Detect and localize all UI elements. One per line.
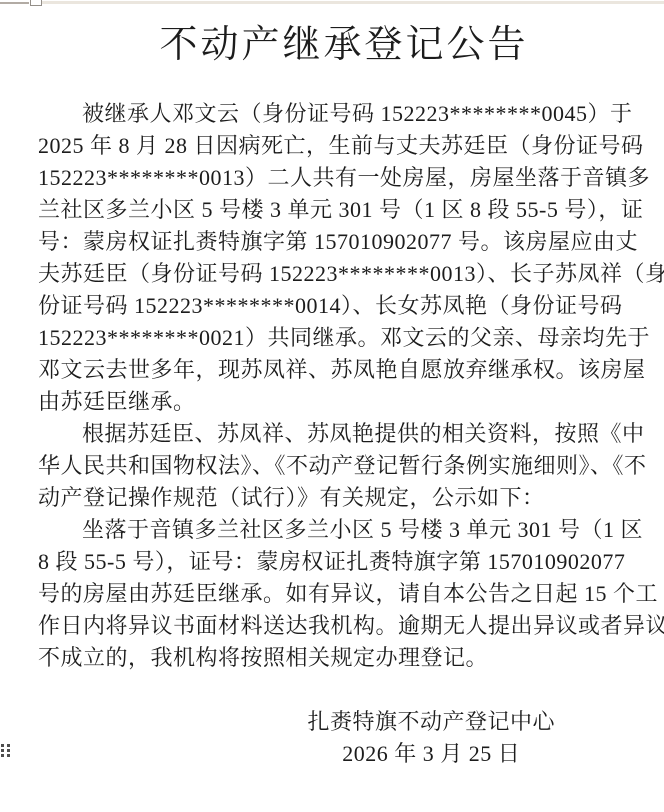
window-edge-line-right [42,1,664,4]
document-page: 不动产继承登记公告 被继承人邓文云（身份证号码 152223********00… [0,0,664,812]
document-line: 被继承人邓文云（身份证号码 152223********0045）于 [38,98,650,130]
resize-handle-icon[interactable] [30,0,42,6]
document-line: 华人民共和国物权法》、《不动产登记暂行条例实施细则》、《不 [38,450,650,482]
document-line: 152223********0021）共同继承。邓文云的父亲、母亲均先于 [38,322,650,354]
document-line: 份证号码 152223********0014）、长女苏凤艳（身份证号码 [38,290,650,322]
document-content: 不动产继承登记公告 被继承人邓文云（身份证号码 152223********00… [38,24,650,770]
drag-handle-icon[interactable] [1,744,4,747]
document-line: 坐落于音镇多兰社区多兰小区 5 号楼 3 单元 301 号（1 区 [38,514,650,546]
document-line: 号的房屋由苏廷臣继承。如有异议，请自本公告之日起 15 个工 [38,578,650,610]
signature-date: 2026 年 3 月 25 日 [307,738,555,770]
document-line: 作日内将异议书面材料送达我机构。逾期无人提出异议或者异议 [38,610,650,642]
document-line: 兰社区多兰小区 5 号楼 3 单元 301 号（1 区 8 段 55-5 号），… [38,194,650,226]
document-title: 不动产继承登记公告 [38,24,650,66]
document-line: 根据苏廷臣、苏凤祥、苏凤艳提供的相关资料，按照《中 [38,418,650,450]
document-line: 2025 年 8 月 28 日因病死亡，生前与丈夫苏廷臣（身份证号码 [38,130,650,162]
document-line: 夫苏廷臣（身份证号码 152223********0013）、长子苏凤祥（身 [38,258,650,290]
document-line: 不成立的，我机构将按照相关规定办理登记。 [38,642,650,674]
document-line: 邓文云去世多年，现苏凤祥、苏凤艳自愿放弃继承权。该房屋 [38,354,650,386]
document-body: 被继承人邓文云（身份证号码 152223********0045）于2025 年… [38,98,650,674]
signature-block: 扎赉特旗不动产登记中心 2026 年 3 月 25 日 [307,706,555,770]
document-line: 号：蒙房权证扎赉特旗字第 157010902077 号。该房屋应由丈 [38,226,650,258]
document-line: 8 段 55-5 号），证号：蒙房权证扎赉特旗字第 157010902077 [38,546,650,578]
document-line: 动产登记操作规范（试行）》有关规定，公示如下： [38,482,650,514]
window-edge-line-left [0,2,29,4]
document-line: 由苏廷臣继承。 [38,386,650,418]
document-line: 152223********0013）二人共有一处房屋，房屋坐落于音镇多 [38,162,650,194]
signature-org: 扎赉特旗不动产登记中心 [307,706,555,738]
